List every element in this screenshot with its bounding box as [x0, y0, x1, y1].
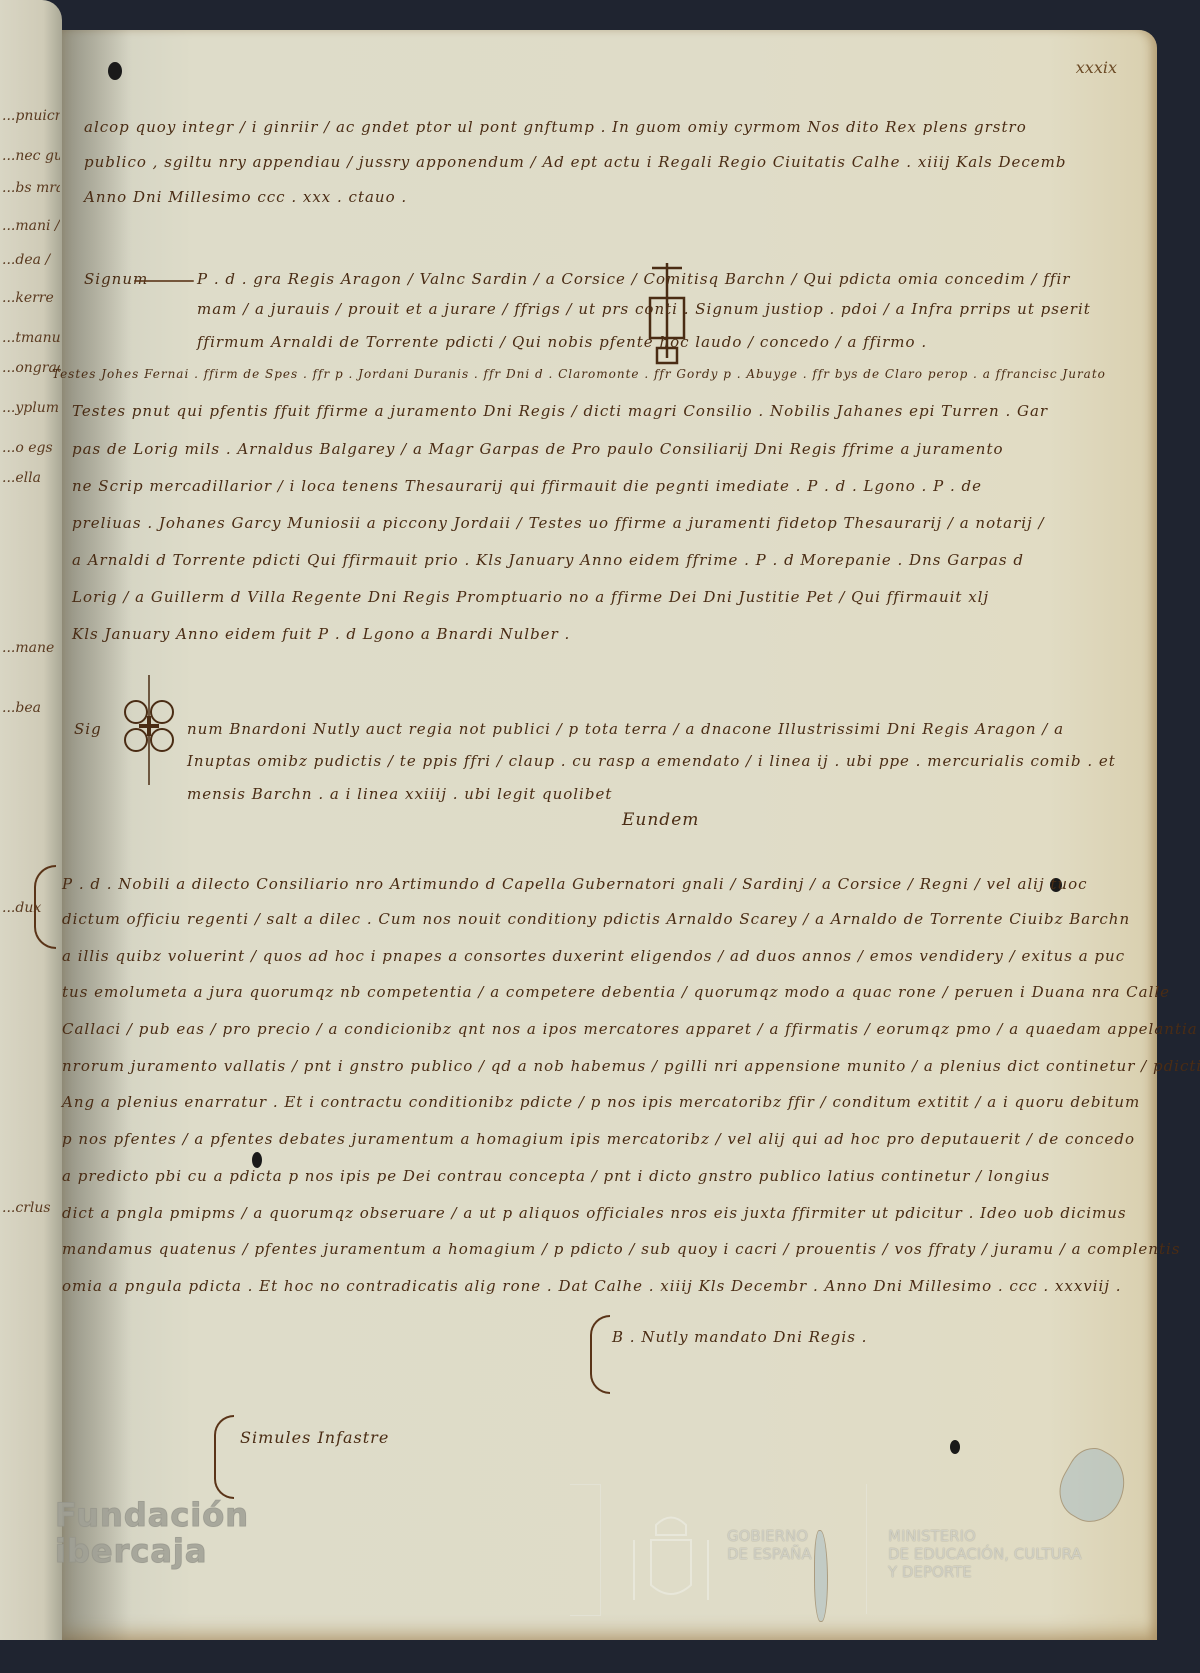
ink-blot: [252, 1152, 262, 1168]
signature-bracket: [590, 1315, 610, 1394]
facing-page-fragment: ...kerre: [2, 290, 60, 306]
manuscript-line: P . d . gra Regis Aragon / Valnc Sardin …: [197, 270, 1070, 288]
manuscript-line: dict a pngla pmipms / a quorumqz obserua…: [62, 1204, 1127, 1222]
facing-page-fragment: ...o egs: [2, 440, 60, 456]
facing-page-fragment: ...mane: [2, 640, 60, 656]
binding-hole: [108, 62, 122, 80]
ink-blot: [950, 1440, 960, 1454]
facing-page-fragment: ...pnuicra: [2, 108, 60, 124]
spain-coat-of-arms-icon: [626, 1505, 716, 1605]
facing-page-fragment: ...dea /: [2, 252, 60, 268]
water-stain: [1048, 1439, 1138, 1532]
manuscript-page: xxxix alcop quoy integr / i ginriir / ac…: [62, 30, 1157, 1640]
manuscript-line: a predicto pbi cu a pdicta p nos ipis pe…: [62, 1167, 1050, 1185]
manuscript-line: p nos pfentes / a pfentes debates jurame…: [62, 1130, 1135, 1148]
scribe-signature: B . Nutly mandato Dni Regis .: [612, 1328, 867, 1346]
manuscript-line: omia a pngula pdicta . Et hoc no contrad…: [62, 1277, 1122, 1295]
facing-page-fragment: ...ella: [2, 470, 60, 486]
watermark-fundacion-ibercaja: Fundación ibercaja: [55, 1497, 249, 1569]
manuscript-line: tus emolumeta a jura quorumqz nb compete…: [62, 983, 1170, 1001]
manuscript-line: a Arnaldi d Torrente pdicti Qui ffirmaui…: [72, 551, 1024, 569]
manuscript-line: Lorig / a Guillerm d Villa Regente Dni R…: [72, 588, 989, 606]
manuscript-line: nrorum juramento vallatis / pnt i gnstro…: [62, 1057, 1200, 1075]
watermark-ministerio: MINISTERIO DE EDUCACIÓN, CULTURA Y DEPOR…: [888, 1527, 1082, 1581]
signum-stroke: [134, 280, 194, 282]
manuscript-line: alcop quoy integr / i ginriir / ac gndet…: [84, 118, 1027, 136]
manuscript-line: preliuas . Johanes Garcy Muniosii a picc…: [72, 514, 1045, 532]
facing-page-fragment: ...tmanu: [2, 330, 60, 346]
water-stain: [814, 1530, 828, 1622]
folio-number: xxxix: [1076, 58, 1117, 77]
facing-page-fragment: ...bea: [2, 700, 60, 716]
manuscript-line: publico , sgiltu nry appendiau / jussry …: [84, 153, 1067, 171]
watermark-gobierno-espana: GOBIERNO DE ESPAÑA: [727, 1527, 812, 1563]
facing-page-fragment: ...crlus: [2, 1200, 60, 1216]
watermark-text: ibercaja: [55, 1533, 249, 1569]
margin-bracket: [34, 865, 56, 949]
manuscript-line: ffirmum Arnaldi de Torrente pdicti / Qui…: [197, 333, 927, 351]
facing-page-edge: ...pnuicra ...nec gua ...bs mras ...mani…: [0, 0, 62, 1640]
signature-bracket: [214, 1415, 234, 1499]
facing-page-fragment: ...bs mras: [2, 180, 60, 196]
scribe-signature: Simules Infastre: [240, 1428, 389, 1447]
manuscript-line: dictum officiu regenti / salt a dilec . …: [62, 910, 1130, 928]
watermark-text: MINISTERIO: [888, 1527, 1082, 1545]
manuscript-line: mandamus quatenus / pfentes juramentum a…: [62, 1240, 1180, 1258]
signum-label: Signum: [84, 270, 148, 288]
manuscript-line: Inuptas omibz pudictis / te ppis ffri / …: [187, 752, 1116, 770]
manuscript-line: Kls January Anno eidem fuit P . d Lgono …: [72, 625, 570, 643]
manuscript-line: Testes pnut qui pfentis ffuit ffirme a j…: [72, 402, 1048, 420]
manuscript-line: Anno Dni Millesimo ccc . xxx . ctauo .: [84, 188, 407, 206]
manuscript-line: a illis quibz voluerint / quos ad hoc i …: [62, 947, 1125, 965]
facing-page-fragment: ...mani /: [2, 218, 60, 234]
section-heading: Eundem: [622, 810, 699, 830]
signum-prefix: Sig: [74, 720, 102, 738]
notarial-sign-icon: [114, 670, 184, 790]
manuscript-line: mensis Barchn . a i linea xxiiij . ubi l…: [187, 785, 612, 803]
facing-page-fragment: ...yplum: [2, 400, 60, 416]
manuscript-line: Testes Johes Fernai . ffirm de Spes . ff…: [52, 367, 1106, 381]
manuscript-line: Callaci / pub eas / pro precio / a condi…: [62, 1020, 1198, 1038]
watermark-text: Y DEPORTE: [888, 1563, 1082, 1581]
watermark-text: Fundación: [55, 1497, 249, 1533]
manuscript-line: num Bnardoni Nutly auct regia not public…: [187, 720, 1064, 738]
manuscript-line: pas de Lorig mils . Arnaldus Balgarey / …: [72, 440, 1004, 458]
watermark-text: GOBIERNO: [727, 1527, 812, 1545]
watermark-divider: [866, 1484, 867, 1614]
facing-page-fragment: ...nec gua: [2, 148, 60, 164]
manuscript-line: Ang a plenius enarratur . Et i contractu…: [62, 1093, 1140, 1111]
manuscript-line: mam / a jurauis / prouit et a jurare / f…: [197, 300, 1091, 318]
manuscript-line: ne Scrip mercadillarior / i loca tenens …: [72, 477, 982, 495]
watermark-text: DE ESPAÑA: [727, 1545, 812, 1563]
watermark-text: DE EDUCACIÓN, CULTURA: [888, 1545, 1082, 1563]
manuscript-line: P . d . Nobili a dilecto Consiliario nro…: [62, 875, 1088, 893]
spain-flag-outline-icon: [570, 1484, 601, 1616]
